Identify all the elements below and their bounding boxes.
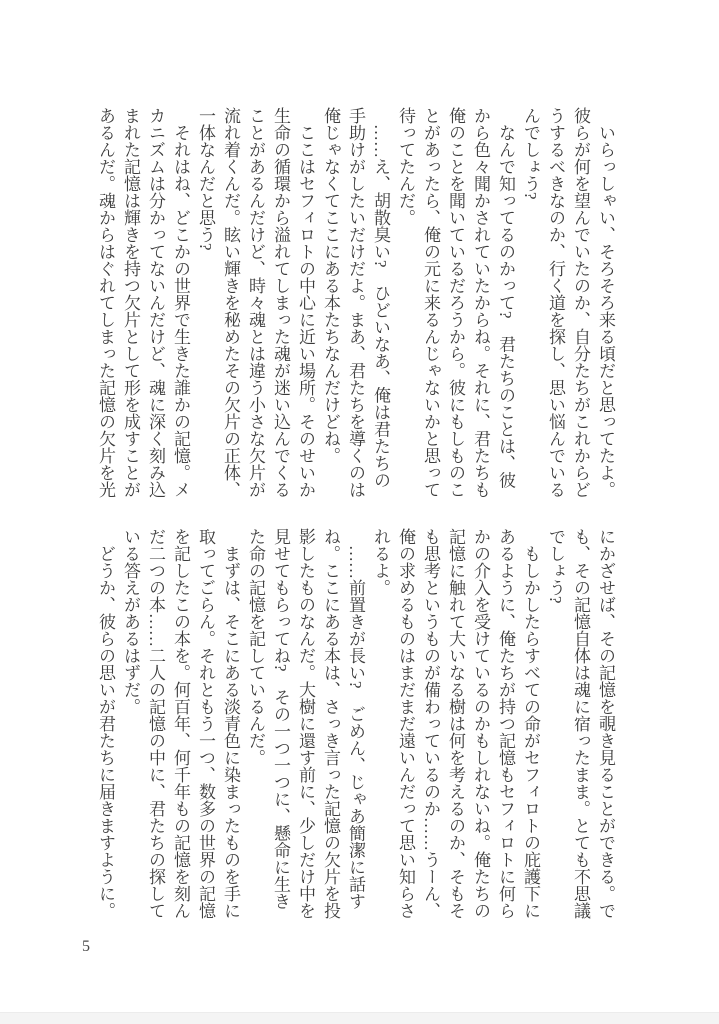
text-column: 俺のことを聞いているだろうから。彼にもしものこ [443, 107, 468, 502]
text-column: なんで知ってるのかって? 君たちのことは、彼 [493, 107, 518, 502]
text-column: 一体なんだと思う? [193, 107, 218, 502]
text-column: いらっしゃい、そろそろ来る頃だと思ってたよ。 [593, 107, 618, 502]
text-column: 待ってたんだ。 [393, 107, 418, 502]
text-column: でしょう? [543, 528, 568, 923]
text-column: んでしょう? [518, 107, 543, 502]
text-column: だ二つの本……二人の記憶の中に、君たちの探して [143, 528, 168, 923]
text-block-lower: にかざせば、その記憶を覗き見ることができる。でも、その記憶自体は魂に宿ったまま。… [92, 528, 618, 926]
text-column: 俺の求めるものはまだまだ遠いんだって思い知らさ [393, 528, 418, 923]
text-column: うするべきなのか、行く道を探し、思い悩んでいる [543, 107, 568, 502]
text-column: 流れ着くんだ。眩い輝きを秘めたその欠片の正体、 [218, 107, 243, 502]
text-column: も、その記憶自体は魂に宿ったまま。とても不思議 [568, 528, 593, 923]
text-column: ことがあるんだけど、時々魂とは違う小さな欠片が [243, 107, 268, 502]
text-column: どうか、彼らの思いが君たちに届きますように。 [93, 528, 118, 923]
text-column: あるんだ。魂からはぐれてしまった記憶の欠片を光 [93, 107, 118, 502]
page-number: 5 [82, 938, 90, 956]
text-column: とがあったら、俺の元に来るんじゃないかと思って [418, 107, 443, 502]
text-column: も思考というものが備わっているのか……うーん、 [418, 528, 443, 923]
text-column: ……え、胡散臭い? ひどいなあ、俺は君たちの [368, 107, 393, 502]
text-column: た命の記憶を記しているんだ。 [243, 528, 268, 923]
text-column: まれた記憶は輝きを持つ欠片として形を成すことが [118, 107, 143, 502]
text-column: ……前置きが長い? ごめん、じゃあ簡潔に話す [343, 528, 368, 923]
text-column: 見せてもらってね? その一つ一つに、懸命に生き [268, 528, 293, 923]
text-column: まずは、そこにある淡青色に染まったものを手に [218, 528, 243, 923]
text-column: にかざせば、その記憶を覗き見ることができる。で [593, 528, 618, 923]
text-column: 彼らが何を望んでいたのか、自分たちがこれからど [568, 107, 593, 502]
text-block-upper: いらっしゃい、そろそろ来る頃だと思ってたよ。彼らが何を望んでいたのか、自分たちが… [92, 107, 618, 505]
text-column: もしかしたらすべての命がセフィロトの庇護下に [518, 528, 543, 923]
text-column: かの介入を受けているのかもしれないね。俺たちの [468, 528, 493, 923]
book-page: いらっしゃい、そろそろ来る頃だと思ってたよ。彼らが何を望んでいたのか、自分たちが… [0, 0, 719, 1024]
text-column: いる答えがあるはずだ。 [118, 528, 143, 923]
text-column: ここはセフィロトの中心に近い場所。そのせいか [293, 107, 318, 502]
text-column: 手助けがしたいだけだよ。まあ、君たちを導くのは [343, 107, 368, 502]
text-column: あるように、俺たちが持つ記憶もセフィロトに何ら [493, 528, 518, 923]
text-column: れるよ。 [368, 528, 393, 923]
text-column: ね。ここにある本は、さっき言った記憶の欠片を投 [318, 528, 343, 923]
text-column: 生命の循環から溢れてしまった魂が迷い込んでくる [268, 107, 293, 502]
text-column: 影したものなんだ。大樹に還す前に、少しだけ中を [293, 528, 318, 923]
text-column: 取ってごらん。それともう一つ、数多の世界の記憶 [193, 528, 218, 923]
text-column: 記憶に触れて大いなる樹は何を考えるのか、そもそ [443, 528, 468, 923]
text-column: それはね、どこかの世界で生きた誰かの記憶。メ [168, 107, 193, 502]
text-column: 俺じゃなくてここにある本たちなんだけどね。 [318, 107, 343, 502]
text-column: から色々聞かされていたからね。それに、君たちも [468, 107, 493, 502]
text-column: カニズムは分かってないんだけど、魂に深く刻み込 [143, 107, 168, 502]
text-column: を記したこの本を。何百年、何千年もの記憶を刻ん [168, 528, 193, 923]
page-edge-shadow [0, 1012, 719, 1024]
